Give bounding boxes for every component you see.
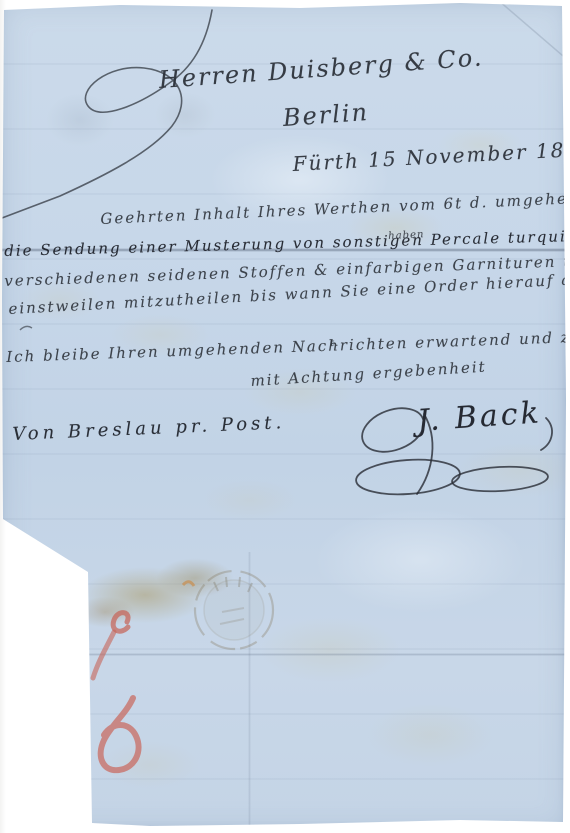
ink-squiggle [20,326,32,330]
red-crayon-mark-upper-tail [93,632,114,678]
dateline: Fürth 15 November 1860 [292,136,570,176]
diagonal-crease-line [498,0,570,62]
red-crayon-marks [93,613,139,770]
fold-crease-vertical [248,552,251,833]
red-crayon-mark-lower [101,698,139,770]
pen-flourish-top [2,10,212,218]
fold-crease-horizontal [88,653,570,656]
orange-speck [183,582,194,586]
red-crayon-mark-upper [113,613,128,632]
recipient-line2: Berlin [282,98,370,132]
postscript-note: Von Breslau pr. Post. [12,412,286,445]
body-line: Geehrten Inhalt Ihres Werthen vom 6t d. … [100,188,570,228]
closing-line2: mit Achtung ergebenheit [250,358,487,390]
signature-name: J. Back [416,395,543,439]
recipient-line1: Herren Duisberg & Co. [158,43,484,94]
postmark-stamp [195,571,273,649]
